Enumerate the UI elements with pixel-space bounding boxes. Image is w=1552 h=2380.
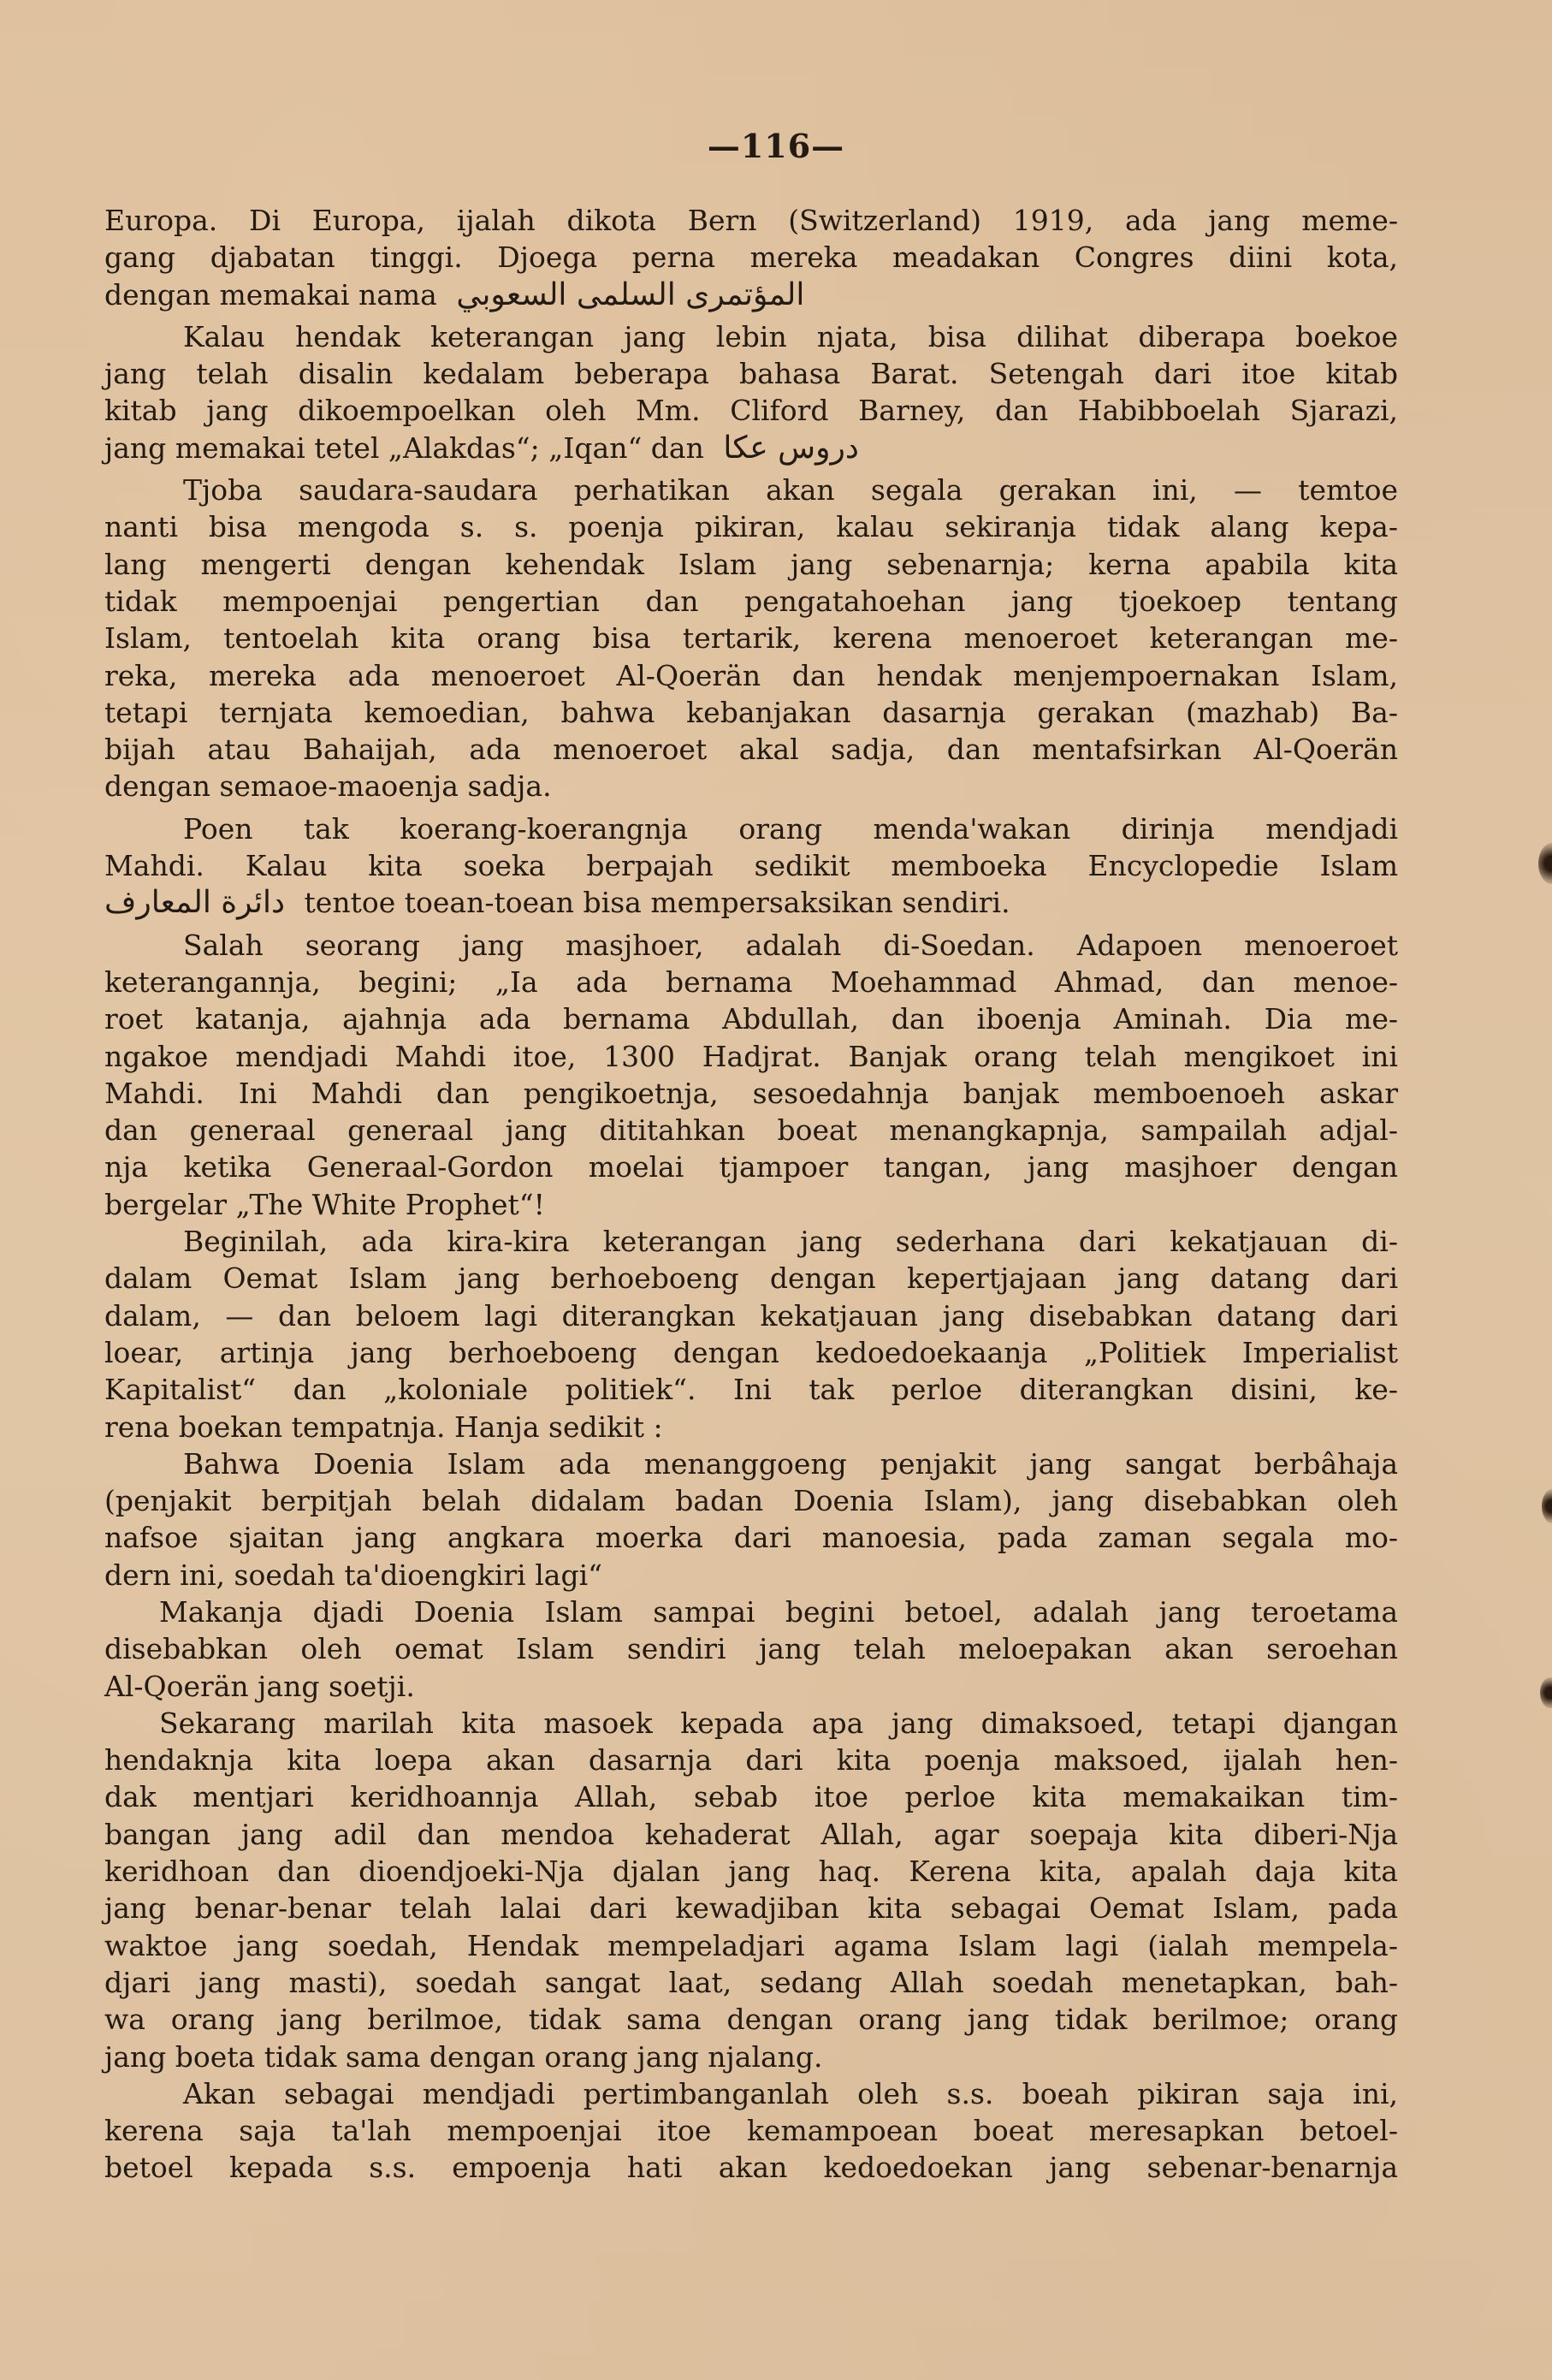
paragraph: Kalau hendak keterangan jang lebin njata… <box>104 318 1398 466</box>
text-line: nja ketika Generaal-Gordon moelai tjampo… <box>104 1148 1398 1185</box>
text-span: tentoe toean-toean bisa mempersaksikan s… <box>305 886 1010 919</box>
text-line: reka, mereka ada menoeroet Al-Qoerän dan… <box>104 657 1398 694</box>
paragraph: Beginilah, ada kira-kira keterangan jang… <box>104 1223 1398 1445</box>
text-line: Islam, tentoelah kita orang bisa tertari… <box>104 620 1398 656</box>
text-line: gang djabatan tinggi. Djoega perna merek… <box>104 239 1398 276</box>
text-line: keterangannja, begini; „Ia ada bernama M… <box>104 964 1398 1000</box>
text-line: Akan sebagai mendjadi pertimbanganlah ol… <box>104 2075 1398 2112</box>
page-number: —116— <box>0 127 1552 165</box>
text-line: wa orang jang berilmoe, tidak sama denga… <box>104 2001 1398 2038</box>
arabic-text: المؤتمرى السلمى السعوبي <box>456 276 804 313</box>
paragraph: Makanja djadi Doenia Islam sampai begini… <box>104 1594 1398 1705</box>
binding-hole-mark <box>1538 843 1552 884</box>
text-line: (penjakit berpitjah belah didalam badan … <box>104 1482 1398 1519</box>
text-line: dalam Oemat Islam jang berhoeboeng denga… <box>104 1260 1398 1297</box>
text-line: Makanja djadi Doenia Islam sampai begini… <box>104 1594 1398 1630</box>
text-line: Al-Qoerän jang soetji. <box>104 1668 1398 1705</box>
text-line: bijah atau Bahaijah, ada menoeroet akal … <box>104 731 1398 768</box>
quotation-paragraph: Bahwa Doenia Islam ada menanggoeng penja… <box>104 1445 1398 1594</box>
text-line: tetapi ternjata kemoedian, bahwa kebanja… <box>104 694 1398 731</box>
text-line: disebabkan oleh oemat Islam sendiri jang… <box>104 1630 1398 1667</box>
text-line: bergelar „The White Prophet“! <box>104 1186 1398 1223</box>
text-line: nanti bisa mengoda s. s. poenja pikiran,… <box>104 508 1398 545</box>
text-line: Mahdi. Ini Mahdi dan pengikoetnja, sesoe… <box>104 1075 1398 1112</box>
text-line: roet katanja, ajahnja ada bernama Abdull… <box>104 1000 1398 1037</box>
arabic-text: دائرة المعارف <box>104 884 285 921</box>
text-line: jang memakai tetel „Alakdas“; „Iqan“ dan… <box>104 430 1398 466</box>
text-line: Tjoba saudara-saudara perhatikan akan se… <box>104 472 1398 508</box>
text-line: jang boeta tidak sama dengan orang jang … <box>104 2039 1398 2075</box>
body-text: Europa. Di Europa, ijalah dikota Bern (S… <box>104 202 1398 2187</box>
text-line: Bahwa Doenia Islam ada menanggoeng penja… <box>104 1445 1398 1482</box>
text-line: dengan semaoe-maoenja sadja. <box>104 768 1398 804</box>
text-line: دائرة المعارف tentoe toean-toean bisa me… <box>104 884 1398 921</box>
text-line: dern ini, soedah ta'dioengkiri lagi“ <box>104 1557 1398 1594</box>
text-line: kerena saja ta'lah mempoenjai itoe kemam… <box>104 2112 1398 2149</box>
text-line: Kapitalist“ dan „koloniale politiek“. In… <box>104 1371 1398 1408</box>
text-line: waktoe jang soedah, Hendak mempeladjari … <box>104 1927 1398 1964</box>
text-line: dan generaal generaal jang dititahkan bo… <box>104 1112 1398 1148</box>
text-line: rena boekan tempatnja. Hanja sedikit : <box>104 1409 1398 1445</box>
text-line: dalam, — dan beloem lagi diterangkan kek… <box>104 1297 1398 1334</box>
paragraph: Sekarang marilah kita masoek kepada apa … <box>104 1705 1398 2075</box>
text-line: keridhoan dan dioendjoeki-Nja djalan jan… <box>104 1853 1398 1890</box>
text-line: jang benar-benar telah lalai dari kewadj… <box>104 1890 1398 1926</box>
binding-hole-mark <box>1542 1489 1552 1523</box>
text-span: dengan memakai nama <box>104 278 437 312</box>
text-line: kitab jang dikoempoelkan oleh Mm. Clifor… <box>104 392 1398 429</box>
text-line: Kalau hendak keterangan jang lebin njata… <box>104 318 1398 355</box>
paragraph: Salah seorang jang masjhoer, adalah di-S… <box>104 927 1398 1223</box>
text-line: hendaknja kita loepa akan dasarnja dari … <box>104 1742 1398 1778</box>
text-line: loear, artinja jang berhoeboeng dengan k… <box>104 1334 1398 1371</box>
text-line: lang mengerti dengan kehendak Islam jang… <box>104 546 1398 583</box>
text-line: dak mentjari keridhoannja Allah, sebab i… <box>104 1778 1398 1815</box>
text-line: Poen tak koerang-koerangnja orang menda'… <box>104 810 1398 847</box>
text-line: Mahdi. Kalau kita soeka berpajah sedikit… <box>104 847 1398 884</box>
text-line: Sekarang marilah kita masoek kepada apa … <box>104 1705 1398 1742</box>
text-line: Europa. Di Europa, ijalah dikota Bern (S… <box>104 202 1398 239</box>
text-line: Salah seorang jang masjhoer, adalah di-S… <box>104 927 1398 964</box>
paragraph: Europa. Di Europa, ijalah dikota Bern (S… <box>104 202 1398 313</box>
paragraph: Tjoba saudara-saudara perhatikan akan se… <box>104 472 1398 805</box>
text-line: bangan jang adil dan mendoa kehaderat Al… <box>104 1816 1398 1853</box>
paragraph: Akan sebagai mendjadi pertimbanganlah ol… <box>104 2075 1398 2187</box>
text-span: jang memakai tetel „Alakdas“; „Iqan“ dan <box>104 431 704 465</box>
text-line: dengan memakai nama المؤتمرى السلمى السع… <box>104 276 1398 313</box>
text-line: tidak mempoenjai pengertian dan pengatah… <box>104 583 1398 620</box>
text-line: betoel kepada s.s. empoenja hati akan ke… <box>104 2149 1398 2186</box>
arabic-text: دروس عكا <box>723 430 859 466</box>
binding-hole-mark <box>1540 1677 1552 1708</box>
paragraph: Poen tak koerang-koerangnja orang menda'… <box>104 810 1398 922</box>
text-line: jang telah disalin kedalam beberapa baha… <box>104 355 1398 392</box>
text-line: nafsoe sjaitan jang angkara moerka dari … <box>104 1519 1398 1556</box>
text-line: Beginilah, ada kira-kira keterangan jang… <box>104 1223 1398 1260</box>
text-line: djari jang masti), soedah sangat laat, s… <box>104 1964 1398 2001</box>
text-line: ngakoe mendjadi Mahdi itoe, 1300 Hadjrat… <box>104 1038 1398 1075</box>
